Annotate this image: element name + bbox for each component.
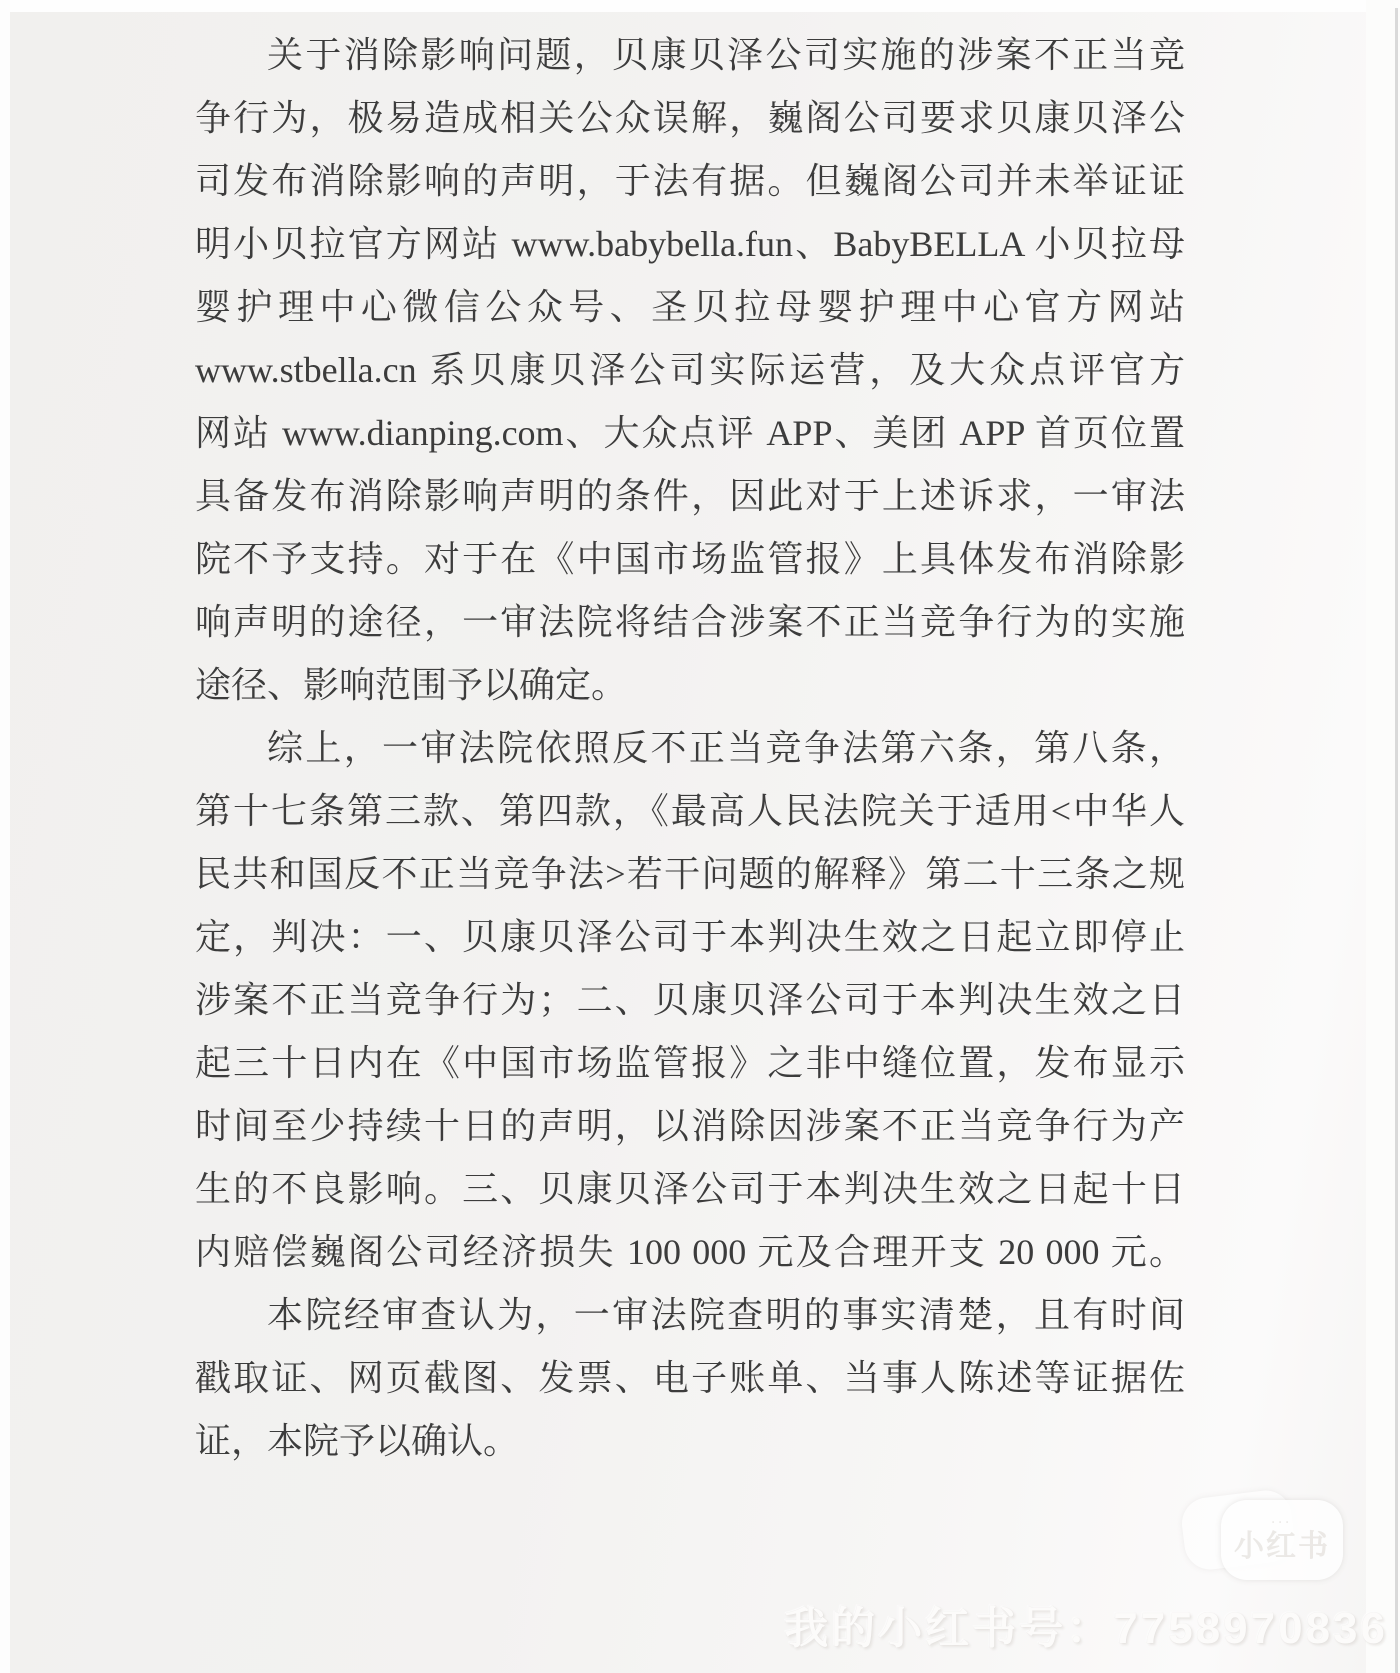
text-line: 证，本院予以确认。 — [195, 1410, 1185, 1473]
text-line: 涉案不正当竞争行为；二、贝康贝泽公司于本判决生效之日 — [195, 969, 1185, 1032]
text-line: 响声明的途径，一审法院将结合涉案不正当竞争行为的实施 — [195, 591, 1185, 654]
text-line: 内赔偿巍阁公司经济损失 100 000 元及合理开支 20 000 元。 — [195, 1221, 1185, 1284]
text-line: 戳取证、网页截图、发票、电子账单、当事人陈述等证据佐 — [195, 1347, 1185, 1410]
xiaohongshu-badge-label: 小红书 — [1234, 1529, 1330, 1565]
text-line: 民共和国反不正当竞争法>若干问题的解释》第二十三条之规 — [195, 843, 1185, 906]
text-line: 关于消除影响问题，贝康贝泽公司实施的涉案不正当竞 — [195, 24, 1185, 87]
document-photo: 关于消除影响问题，贝康贝泽公司实施的涉案不正当竞 争行为，极易造成相关公众误解，… — [0, 0, 1400, 1673]
text-line: 第十七条第三款、第四款，《最高人民法院关于适用<中华人 — [195, 780, 1185, 843]
text-line: 院不予支持。对于在《中国市场监管报》上具体发布消除影 — [195, 528, 1185, 591]
xiaohongshu-logo-watermark: ··· 小红书 — [1183, 1488, 1345, 1584]
xiaohongshu-id-watermark: 我的小红书号：7758970836 — [784, 1592, 1388, 1656]
text-line: www.stbella.cn 系贝康贝泽公司实际运营，及大众点评官方 — [195, 339, 1185, 402]
text-line: 生的不良影响。三、贝康贝泽公司于本判决生效之日起十日 — [195, 1158, 1185, 1221]
text-line: 定，判决：一、贝康贝泽公司于本判决生效之日起立即停止 — [195, 906, 1185, 969]
text-line: 婴护理中心微信公众号、圣贝拉母婴护理中心官方网站 — [195, 276, 1185, 339]
scan-edge-left — [0, 0, 10, 1673]
text-line: 时间至少持续十日的声明，以消除因涉案不正当竞争行为产 — [195, 1095, 1185, 1158]
scan-edge-top — [0, 0, 1400, 12]
text-line: 明小贝拉官方网站 www.babybella.fun、BabyBELLA 小贝拉… — [195, 213, 1185, 276]
text-line: 网站 www.dianping.com、大众点评 APP、美团 APP 首页位置 — [195, 402, 1185, 465]
xiaohongshu-bubble-icon: ··· 小红书 — [1221, 1500, 1343, 1580]
text-line: 本院经审查认为，一审法院查明的事实清楚，且有时间 — [195, 1284, 1185, 1347]
text-line: 具备发布消除影响声明的条件，因此对于上述诉求，一审法 — [195, 465, 1185, 528]
text-line: 起三十日内在《中国市场监管报》之非中缝位置，发布显示 — [195, 1032, 1185, 1095]
xiaohongshu-badge-small-text: ··· — [1272, 1515, 1293, 1529]
scan-page-border-line — [1395, 8, 1398, 1673]
text-line: 途径、影响范围予以确定。 — [195, 654, 1185, 717]
text-line: 司发布消除影响的声明，于法有据。但巍阁公司并未举证证 — [195, 150, 1185, 213]
judgment-text-block: 关于消除影响问题，贝康贝泽公司实施的涉案不正当竞 争行为，极易造成相关公众误解，… — [195, 24, 1185, 1473]
text-line: 争行为，极易造成相关公众误解，巍阁公司要求贝康贝泽公 — [195, 87, 1185, 150]
text-line: 综上，一审法院依照反不正当竞争法第六条，第八条， — [195, 717, 1185, 780]
